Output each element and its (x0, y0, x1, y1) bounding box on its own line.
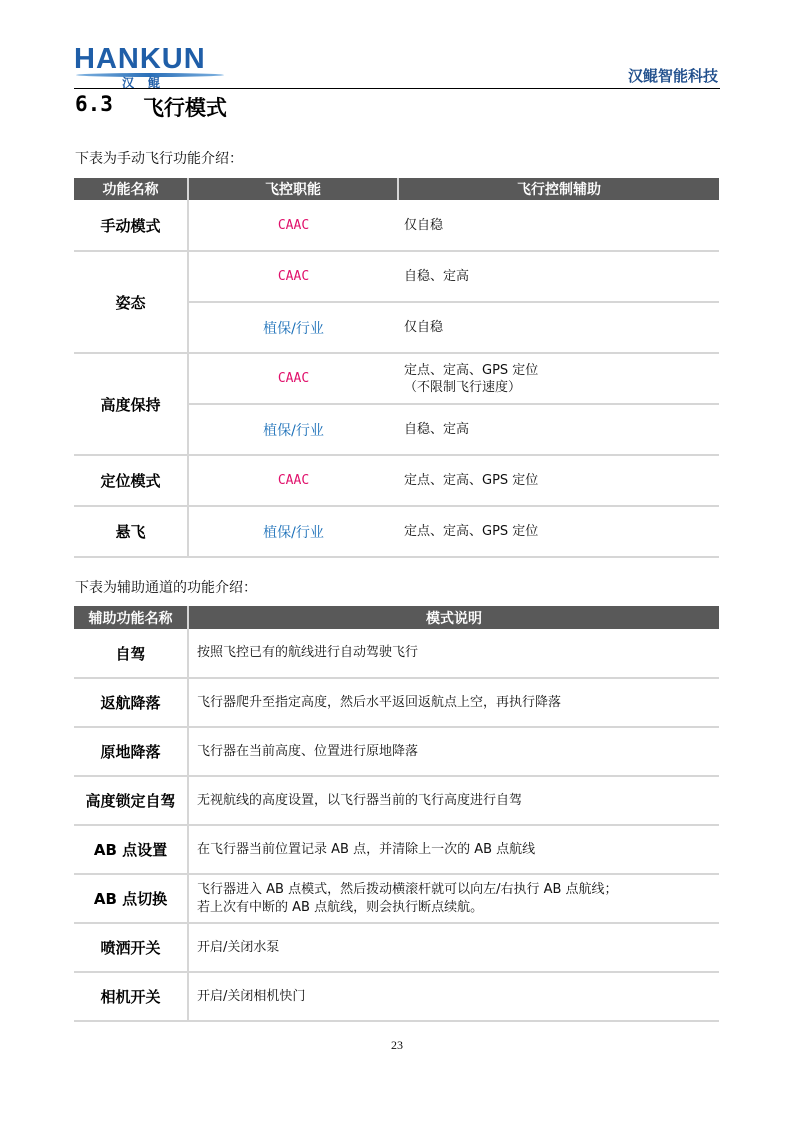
mode-name: 悬飞 (74, 506, 188, 557)
flight-aid: 仅自稳 (398, 200, 719, 251)
fc-role: 植保/行业 (263, 423, 324, 439)
table-header-row: 功能名称 飞控职能 飞行控制辅助 (74, 178, 719, 200)
flight-aid: 定点、定高、GPS 定位 (398, 506, 719, 557)
header-divider (74, 88, 720, 89)
page-number: 23 (0, 1038, 794, 1053)
fc-role: 植保/行业 (263, 321, 324, 337)
logo-text: HANKUN (74, 44, 206, 74)
fc-role: CAAC (278, 473, 309, 488)
aux-desc-line2: 若上次有中断的 AB 点航线，则会执行断点续航。 (197, 899, 719, 917)
aux-name: 高度锁定自驾 (74, 776, 188, 825)
section-heading: 飞行模式 (143, 92, 227, 122)
aux-desc: 开启/关闭水泵 (188, 923, 719, 972)
aux-channel-intro: 下表为辅助通道的功能介绍： (75, 577, 257, 597)
manual-flight-table: 功能名称 飞控职能 飞行控制辅助 手动模式 CAAC 仅自稳 姿态 CAAC 自… (74, 178, 719, 558)
aux-name: 自驾 (74, 629, 188, 678)
aux-name: AB 点切换 (74, 874, 188, 923)
header-flight-aid: 飞行控制辅助 (398, 178, 719, 200)
table-row: 定位模式 CAAC 定点、定高、GPS 定位 (74, 455, 719, 506)
section-number: 6.3 (75, 92, 113, 122)
flight-aid: 仅自稳 (398, 302, 719, 353)
hankun-logo: HANKUN 汉鲲 (74, 44, 234, 88)
mode-name: 手动模式 (74, 200, 188, 251)
aux-name: 返航降落 (74, 678, 188, 727)
mode-name: 姿态 (74, 251, 188, 353)
table-row: 喷洒开关 开启/关闭水泵 (74, 923, 719, 972)
table-header-row: 辅助功能名称 模式说明 (74, 606, 719, 629)
aux-channel-table: 辅助功能名称 模式说明 自驾 按照飞控已有的航线进行自动驾驶飞行 返航降落 飞行… (74, 606, 719, 1022)
aux-name: 原地降落 (74, 727, 188, 776)
aux-desc: 开启/关闭相机快门 (188, 972, 719, 1021)
aux-desc-line1: 飞行器进入 AB 点模式，然后拨动横滚杆就可以向左/右执行 AB 点航线； (197, 881, 719, 899)
table-row: 悬飞 植保/行业 定点、定高、GPS 定位 (74, 506, 719, 557)
table-row: 自驾 按照飞控已有的航线进行自动驾驶飞行 (74, 629, 719, 678)
mode-name: 定位模式 (74, 455, 188, 506)
company-name: 汉鲲智能科技 (628, 65, 718, 86)
header-function-name: 功能名称 (74, 178, 188, 200)
flight-aid: 定点、定高、GPS 定位 （不限制飞行速度） (398, 353, 719, 404)
flight-aid-line1: 定点、定高、GPS 定位 (404, 362, 719, 379)
fc-role: CAAC (278, 371, 309, 386)
flight-aid: 自稳、定高 (398, 404, 719, 455)
header-fc-role: 飞控职能 (188, 178, 398, 200)
table-row: 返航降落 飞行器爬升至指定高度，然后水平返回返航点上空，再执行降落 (74, 678, 719, 727)
table-row: 高度保持 CAAC 定点、定高、GPS 定位 （不限制飞行速度） (74, 353, 719, 404)
fc-role: 植保/行业 (263, 525, 324, 541)
header-mode-desc: 模式说明 (188, 606, 719, 629)
aux-desc: 飞行器爬升至指定高度，然后水平返回返航点上空，再执行降落 (188, 678, 719, 727)
table-row: 姿态 CAAC 自稳、定高 (74, 251, 719, 302)
aux-name: 相机开关 (74, 972, 188, 1021)
aux-desc: 飞行器在当前高度、位置进行原地降落 (188, 727, 719, 776)
table-row: AB 点设置 在飞行器当前位置记录 AB 点，并清除上一次的 AB 点航线 (74, 825, 719, 874)
aux-desc: 按照飞控已有的航线进行自动驾驶飞行 (188, 629, 719, 678)
manual-flight-intro: 下表为手动飞行功能介绍： (75, 148, 243, 168)
flight-aid-line2: （不限制飞行速度） (404, 379, 719, 396)
aux-name: 喷洒开关 (74, 923, 188, 972)
header-aux-name: 辅助功能名称 (74, 606, 188, 629)
table-row: AB 点切换 飞行器进入 AB 点模式，然后拨动横滚杆就可以向左/右执行 AB … (74, 874, 719, 923)
table-row: 手动模式 CAAC 仅自稳 (74, 200, 719, 251)
table-row: 相机开关 开启/关闭相机快门 (74, 972, 719, 1021)
table-row: 高度锁定自驾 无视航线的高度设置，以飞行器当前的飞行高度进行自驾 (74, 776, 719, 825)
table-row: 原地降落 飞行器在当前高度、位置进行原地降落 (74, 727, 719, 776)
aux-desc: 无视航线的高度设置，以飞行器当前的飞行高度进行自驾 (188, 776, 719, 825)
fc-role: CAAC (278, 218, 309, 233)
flight-aid: 自稳、定高 (398, 251, 719, 302)
flight-aid: 定点、定高、GPS 定位 (398, 455, 719, 506)
aux-desc: 在飞行器当前位置记录 AB 点，并清除上一次的 AB 点航线 (188, 825, 719, 874)
aux-name: AB 点设置 (74, 825, 188, 874)
mode-name: 高度保持 (74, 353, 188, 455)
aux-desc: 飞行器进入 AB 点模式，然后拨动横滚杆就可以向左/右执行 AB 点航线； 若上… (188, 874, 719, 923)
fc-role: CAAC (278, 269, 309, 284)
section-title: 6.3 飞行模式 (75, 92, 227, 122)
